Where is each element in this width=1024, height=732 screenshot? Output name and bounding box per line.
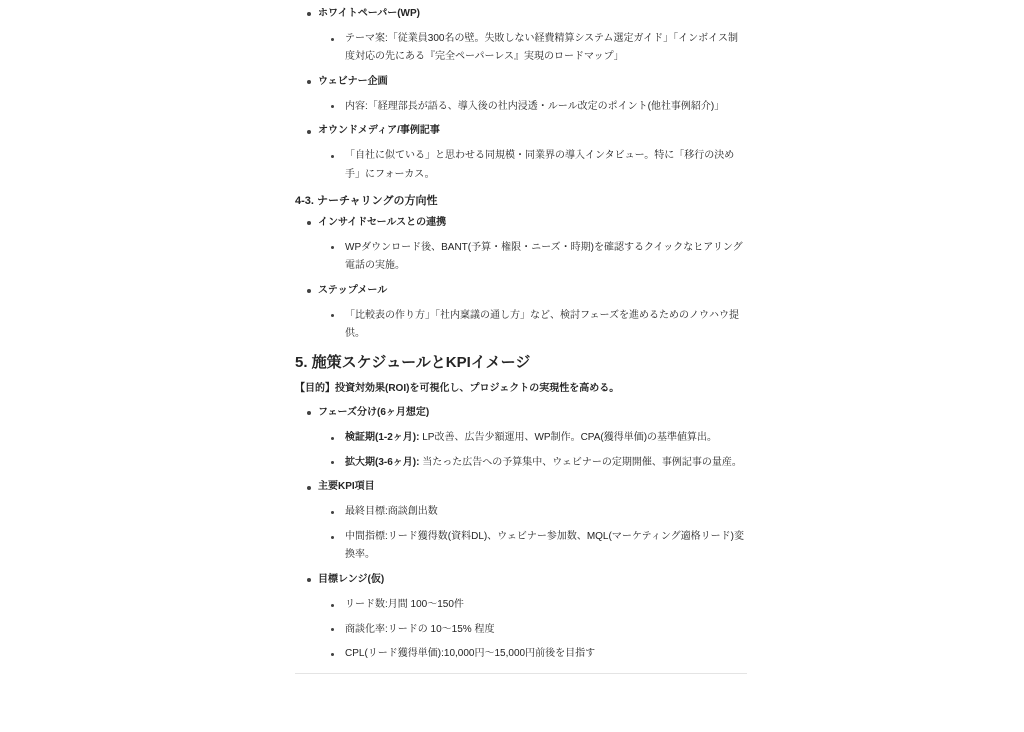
- list-item: 主要KPI項目 最終目標:商談創出数 中間指標:リード獲得数(資料DL)、ウェビ…: [295, 478, 747, 564]
- sub-list: 「比較表の作り方」「社内稟議の通し方」など、検討フェーズを進めるためのノウハウ提…: [318, 307, 747, 344]
- list-subitem-text: 商談化率:リードの 10〜15% 程度: [345, 621, 747, 639]
- bullet-icon: [331, 604, 334, 607]
- bullet-icon: [331, 246, 334, 249]
- bullet-icon: [331, 653, 334, 656]
- subitem-body-text: 商談化率:リードの 10〜15% 程度: [345, 624, 494, 635]
- list-subitem: 拡大期(3-6ヶ月): 当たった広告への予算集中、ウェビナーの定期開催、事例記事…: [318, 454, 747, 472]
- bullet-icon: [307, 486, 311, 490]
- bullet-icon: [331, 536, 334, 539]
- list-item-title: フェーズ分け(6ヶ月想定): [318, 404, 747, 422]
- list-item-title: ウェビナー企画: [318, 73, 747, 91]
- purpose-statement: 【目的】投資対効果(ROI)を可視化し、プロジェクトの実現性を高める。: [295, 380, 747, 398]
- list-item-title: 主要KPI項目: [318, 478, 747, 496]
- subitem-body-text: CPL(リード獲得単価):10,000円〜15,000円前後を目指す: [345, 648, 595, 659]
- list-subitem-text: 検証期(1-2ヶ月): LP改善、広告少額運用、WP制作。CPA(獲得単価)の基…: [345, 429, 747, 447]
- subitem-body-text: 当たった広告への予算集中、ウェビナーの定期開催、事例記事の量産。: [419, 457, 741, 468]
- bullet-icon: [307, 80, 311, 84]
- list-subitem-text: WPダウンロード後、BANT(予算・権限・ニーズ・時期)を確認するクイックなヒア…: [345, 239, 747, 276]
- list-item-title: 目標レンジ(仮): [318, 571, 747, 589]
- bullet-icon: [331, 511, 334, 514]
- subitem-body-text: リード数:月間 100〜150件: [345, 599, 464, 610]
- subitem-bold-prefix: 拡大期(3-6ヶ月):: [345, 457, 419, 468]
- list-subitem: 「自社に似ている」と思わせる同規模・同業界の導入インタビュー。特に「移行の決め手…: [318, 147, 747, 184]
- bullet-icon: [307, 411, 311, 415]
- content-column: ホワイトペーパー(WP) テーマ案:「従業員300名の壁。失敗しない経費精算シス…: [295, 0, 747, 674]
- list-subitem: 商談化率:リードの 10〜15% 程度: [318, 621, 747, 639]
- kpi-list: フェーズ分け(6ヶ月想定) 検証期(1-2ヶ月): LP改善、広告少額運用、WP…: [295, 404, 747, 664]
- content-ideas-list: ホワイトペーパー(WP) テーマ案:「従業員300名の壁。失敗しない経費精算シス…: [295, 5, 747, 184]
- list-item: 目標レンジ(仮) リード数:月間 100〜150件 商談化率:リードの 10〜1…: [295, 571, 747, 664]
- bullet-icon: [331, 155, 334, 158]
- list-subitem-text: テーマ案:「従業員300名の壁。失敗しない経費精算システム選定ガイド」「インボイ…: [345, 30, 747, 67]
- sub-list: 検証期(1-2ヶ月): LP改善、広告少額運用、WP制作。CPA(獲得単価)の基…: [318, 429, 747, 472]
- list-subitem: CPL(リード獲得単価):10,000円〜15,000円前後を目指す: [318, 645, 747, 663]
- nurturing-list: インサイドセールスとの連携 WPダウンロード後、BANT(予算・権限・ニーズ・時…: [295, 214, 747, 343]
- list-item: ウェビナー企画 内容:「経理部長が語る、導入後の社内浸透・ルール改定のポイント(…: [295, 73, 747, 116]
- section-heading-5: 5. 施策スケジュールとKPIイメージ: [295, 351, 747, 375]
- list-item: ステップメール 「比較表の作り方」「社内稟議の通し方」など、検討フェーズを進める…: [295, 282, 747, 343]
- list-subitem: リード数:月間 100〜150件: [318, 596, 747, 614]
- list-subitem: 最終目標:商談創出数: [318, 503, 747, 521]
- sub-list: 内容:「経理部長が語る、導入後の社内浸透・ルール改定のポイント(他社事例紹介)」: [318, 98, 747, 116]
- subitem-body-text: 最終目標:商談創出数: [345, 506, 438, 517]
- list-item: フェーズ分け(6ヶ月想定) 検証期(1-2ヶ月): LP改善、広告少額運用、WP…: [295, 404, 747, 472]
- subitem-body-text: テーマ案:「従業員300名の壁。失敗しない経費精算システム選定ガイド」「インボイ…: [345, 33, 738, 62]
- list-item: オウンドメディア/事例記事 「自社に似ている」と思わせる同規模・同業界の導入イン…: [295, 122, 747, 183]
- bullet-icon: [307, 221, 311, 225]
- list-subitem-text: 内容:「経理部長が語る、導入後の社内浸透・ルール改定のポイント(他社事例紹介)」: [345, 98, 747, 116]
- list-item-title: ホワイトペーパー(WP): [318, 5, 747, 23]
- list-subitem: 内容:「経理部長が語る、導入後の社内浸透・ルール改定のポイント(他社事例紹介)」: [318, 98, 747, 116]
- list-subitem: WPダウンロード後、BANT(予算・権限・ニーズ・時期)を確認するクイックなヒア…: [318, 239, 747, 276]
- list-item-title: ステップメール: [318, 282, 747, 300]
- sub-list: 最終目標:商談創出数 中間指標:リード獲得数(資料DL)、ウェビナー参加数、MQ…: [318, 503, 747, 564]
- bullet-icon: [331, 314, 334, 317]
- section-divider: [295, 673, 747, 674]
- list-subitem-text: 中間指標:リード獲得数(資料DL)、ウェビナー参加数、MQL(マーケティング適格…: [345, 528, 747, 565]
- sub-list: テーマ案:「従業員300名の壁。失敗しない経費精算システム選定ガイド」「インボイ…: [318, 30, 747, 67]
- list-subitem: 中間指標:リード獲得数(資料DL)、ウェビナー参加数、MQL(マーケティング適格…: [318, 528, 747, 565]
- subitem-body-text: 中間指標:リード獲得数(資料DL)、ウェビナー参加数、MQL(マーケティング適格…: [345, 531, 744, 560]
- list-subitem-text: CPL(リード獲得単価):10,000円〜15,000円前後を目指す: [345, 645, 747, 663]
- list-subitem-text: 最終目標:商談創出数: [345, 503, 747, 521]
- bullet-icon: [307, 289, 311, 293]
- list-item: インサイドセールスとの連携 WPダウンロード後、BANT(予算・権限・ニーズ・時…: [295, 214, 747, 275]
- list-subitem-text: 拡大期(3-6ヶ月): 当たった広告への予算集中、ウェビナーの定期開催、事例記事…: [345, 454, 747, 472]
- bullet-icon: [331, 437, 334, 440]
- list-item: ホワイトペーパー(WP) テーマ案:「従業員300名の壁。失敗しない経費精算シス…: [295, 5, 747, 66]
- sub-list: WPダウンロード後、BANT(予算・権限・ニーズ・時期)を確認するクイックなヒア…: [318, 239, 747, 276]
- subitem-body-text: 「自社に似ている」と思わせる同規模・同業界の導入インタビュー。特に「移行の決め手…: [345, 150, 734, 179]
- list-subitem: 検証期(1-2ヶ月): LP改善、広告少額運用、WP制作。CPA(獲得単価)の基…: [318, 429, 747, 447]
- bullet-icon: [331, 38, 334, 41]
- subitem-body-text: 内容:「経理部長が語る、導入後の社内浸透・ルール改定のポイント(他社事例紹介)」: [345, 101, 724, 112]
- subitem-bold-prefix: 検証期(1-2ヶ月):: [345, 432, 419, 443]
- list-item-title: オウンドメディア/事例記事: [318, 122, 747, 140]
- bullet-icon: [331, 105, 334, 108]
- document-page: ホワイトペーパー(WP) テーマ案:「従業員300名の壁。失敗しない経費精算シス…: [0, 0, 1024, 732]
- list-item-title: インサイドセールスとの連携: [318, 214, 747, 232]
- bullet-icon: [307, 130, 311, 134]
- list-subitem: 「比較表の作り方」「社内稟議の通し方」など、検討フェーズを進めるためのノウハウ提…: [318, 307, 747, 344]
- subitem-body-text: WPダウンロード後、BANT(予算・権限・ニーズ・時期)を確認するクイックなヒア…: [345, 242, 743, 271]
- list-subitem-text: 「自社に似ている」と思わせる同規模・同業界の導入インタビュー。特に「移行の決め手…: [345, 147, 747, 184]
- bullet-icon: [331, 628, 334, 631]
- section-heading-4-3: 4-3. ナーチャリングの方向性: [295, 191, 747, 211]
- list-subitem-text: リード数:月間 100〜150件: [345, 596, 747, 614]
- subitem-body-text: 「比較表の作り方」「社内稟議の通し方」など、検討フェーズを進めるためのノウハウ提…: [345, 310, 739, 339]
- subitem-body-text: LP改善、広告少額運用、WP制作。CPA(獲得単価)の基準値算出。: [419, 432, 717, 443]
- sub-list: リード数:月間 100〜150件 商談化率:リードの 10〜15% 程度 CPL…: [318, 596, 747, 664]
- bullet-icon: [307, 12, 311, 16]
- list-subitem-text: 「比較表の作り方」「社内稟議の通し方」など、検討フェーズを進めるためのノウハウ提…: [345, 307, 747, 344]
- bullet-icon: [331, 461, 334, 464]
- list-subitem: テーマ案:「従業員300名の壁。失敗しない経費精算システム選定ガイド」「インボイ…: [318, 30, 747, 67]
- sub-list: 「自社に似ている」と思わせる同規模・同業界の導入インタビュー。特に「移行の決め手…: [318, 147, 747, 184]
- bullet-icon: [307, 578, 311, 582]
